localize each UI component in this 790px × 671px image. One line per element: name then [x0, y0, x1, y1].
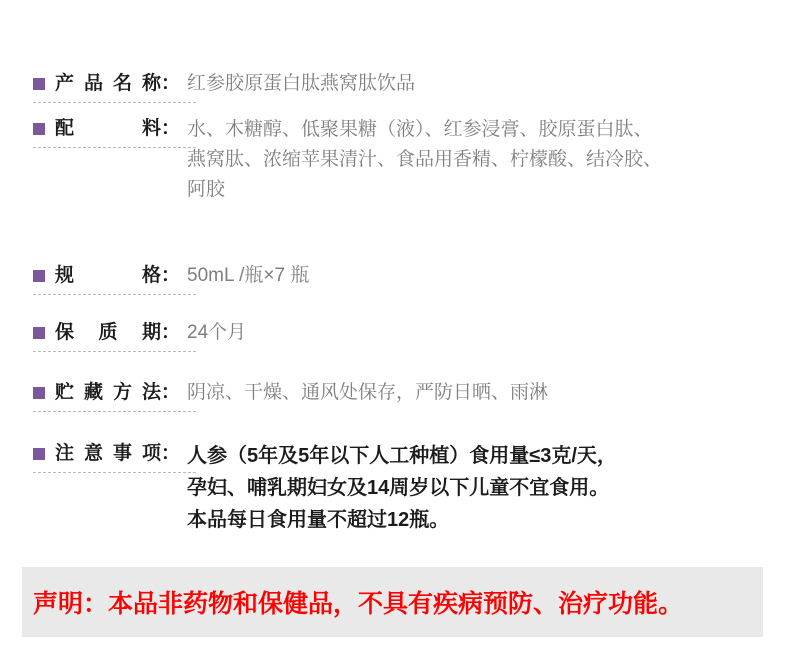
info-value-storage-method: 阴凉、干燥、通风处保存，严防日晒、雨淋: [187, 379, 548, 407]
label-colon: ：: [161, 73, 180, 94]
info-value-precautions: 人参（5年及5年以下人工种植）食用量≤3克/天， 孕妇、哺乳期妇女及14周岁以下…: [187, 440, 617, 536]
info-row-storage-method: 贮藏方法： 阴凉、干燥、通风处保存，严防日晒、雨淋: [33, 379, 770, 407]
label-colon: ：: [161, 382, 180, 403]
info-row-ingredients: 配料： 水、木糖醇、低聚果糖（液）、红参浸膏、胶原蛋白肽、 燕窝肽、浓缩苹果清汁…: [33, 115, 770, 205]
info-label-text: 配料: [55, 115, 161, 143]
label-underline-dash: [33, 147, 196, 148]
info-label-text: 贮藏方法: [55, 379, 161, 407]
bullet-square-icon: [33, 327, 45, 339]
disclaimer-banner: 声明：本品非药物和保健品，不具有疾病预防、治疗功能。: [22, 567, 763, 637]
info-label-product-name: 产品名称：: [55, 70, 180, 98]
info-label-text: 注意事项: [55, 440, 161, 468]
info-label-specification: 规格：: [55, 262, 180, 290]
info-row-shelf-life: 保质期： 24个月: [33, 319, 770, 347]
bullet-square-icon: [33, 78, 45, 90]
label-underline-dash: [33, 294, 196, 295]
info-row-precautions: 注意事项： 人参（5年及5年以下人工种植）食用量≤3克/天， 孕妇、哺乳期妇女及…: [33, 440, 770, 536]
label-underline-dash: [33, 411, 196, 412]
bullet-square-icon: [33, 123, 45, 135]
info-label-shelf-life: 保质期：: [55, 319, 180, 347]
label-underline-dash: [33, 472, 196, 473]
bullet-square-icon: [33, 270, 45, 282]
info-label-text: 规格: [55, 262, 161, 290]
info-value-shelf-life: 24个月: [187, 319, 246, 347]
label-colon: ：: [161, 443, 180, 464]
info-label-storage-method: 贮藏方法：: [55, 379, 180, 407]
label-colon: ：: [161, 265, 180, 286]
info-value-product-name: 红参胶原蛋白肽燕窝肽饮品: [187, 70, 415, 98]
bullet-square-icon: [33, 448, 45, 460]
label-colon: ：: [161, 118, 180, 139]
info-label-precautions: 注意事项：: [55, 440, 180, 468]
info-value-ingredients: 水、木糖醇、低聚果糖（液）、红参浸膏、胶原蛋白肽、 燕窝肽、浓缩苹果清汁、食品用…: [187, 115, 662, 205]
product-info-panel: 产品名称： 红参胶原蛋白肽燕窝肽饮品 配料： 水、木糖醇、低聚果糖（液）、红参浸…: [0, 0, 790, 671]
info-label-ingredients: 配料：: [55, 115, 180, 143]
info-label-text: 保质期: [55, 319, 161, 347]
info-label-text: 产品名称: [55, 70, 161, 98]
label-underline-dash: [33, 351, 196, 352]
bullet-square-icon: [33, 387, 45, 399]
label-colon: ：: [161, 322, 180, 343]
label-underline-dash: [33, 102, 196, 103]
info-row-specification: 规格： 50mL /瓶×7 瓶: [33, 262, 770, 290]
info-value-specification: 50mL /瓶×7 瓶: [187, 262, 309, 290]
info-row-product-name: 产品名称： 红参胶原蛋白肽燕窝肽饮品: [33, 70, 770, 98]
disclaimer-text: 声明：本品非药物和保健品，不具有疾病预防、治疗功能。: [33, 584, 683, 620]
